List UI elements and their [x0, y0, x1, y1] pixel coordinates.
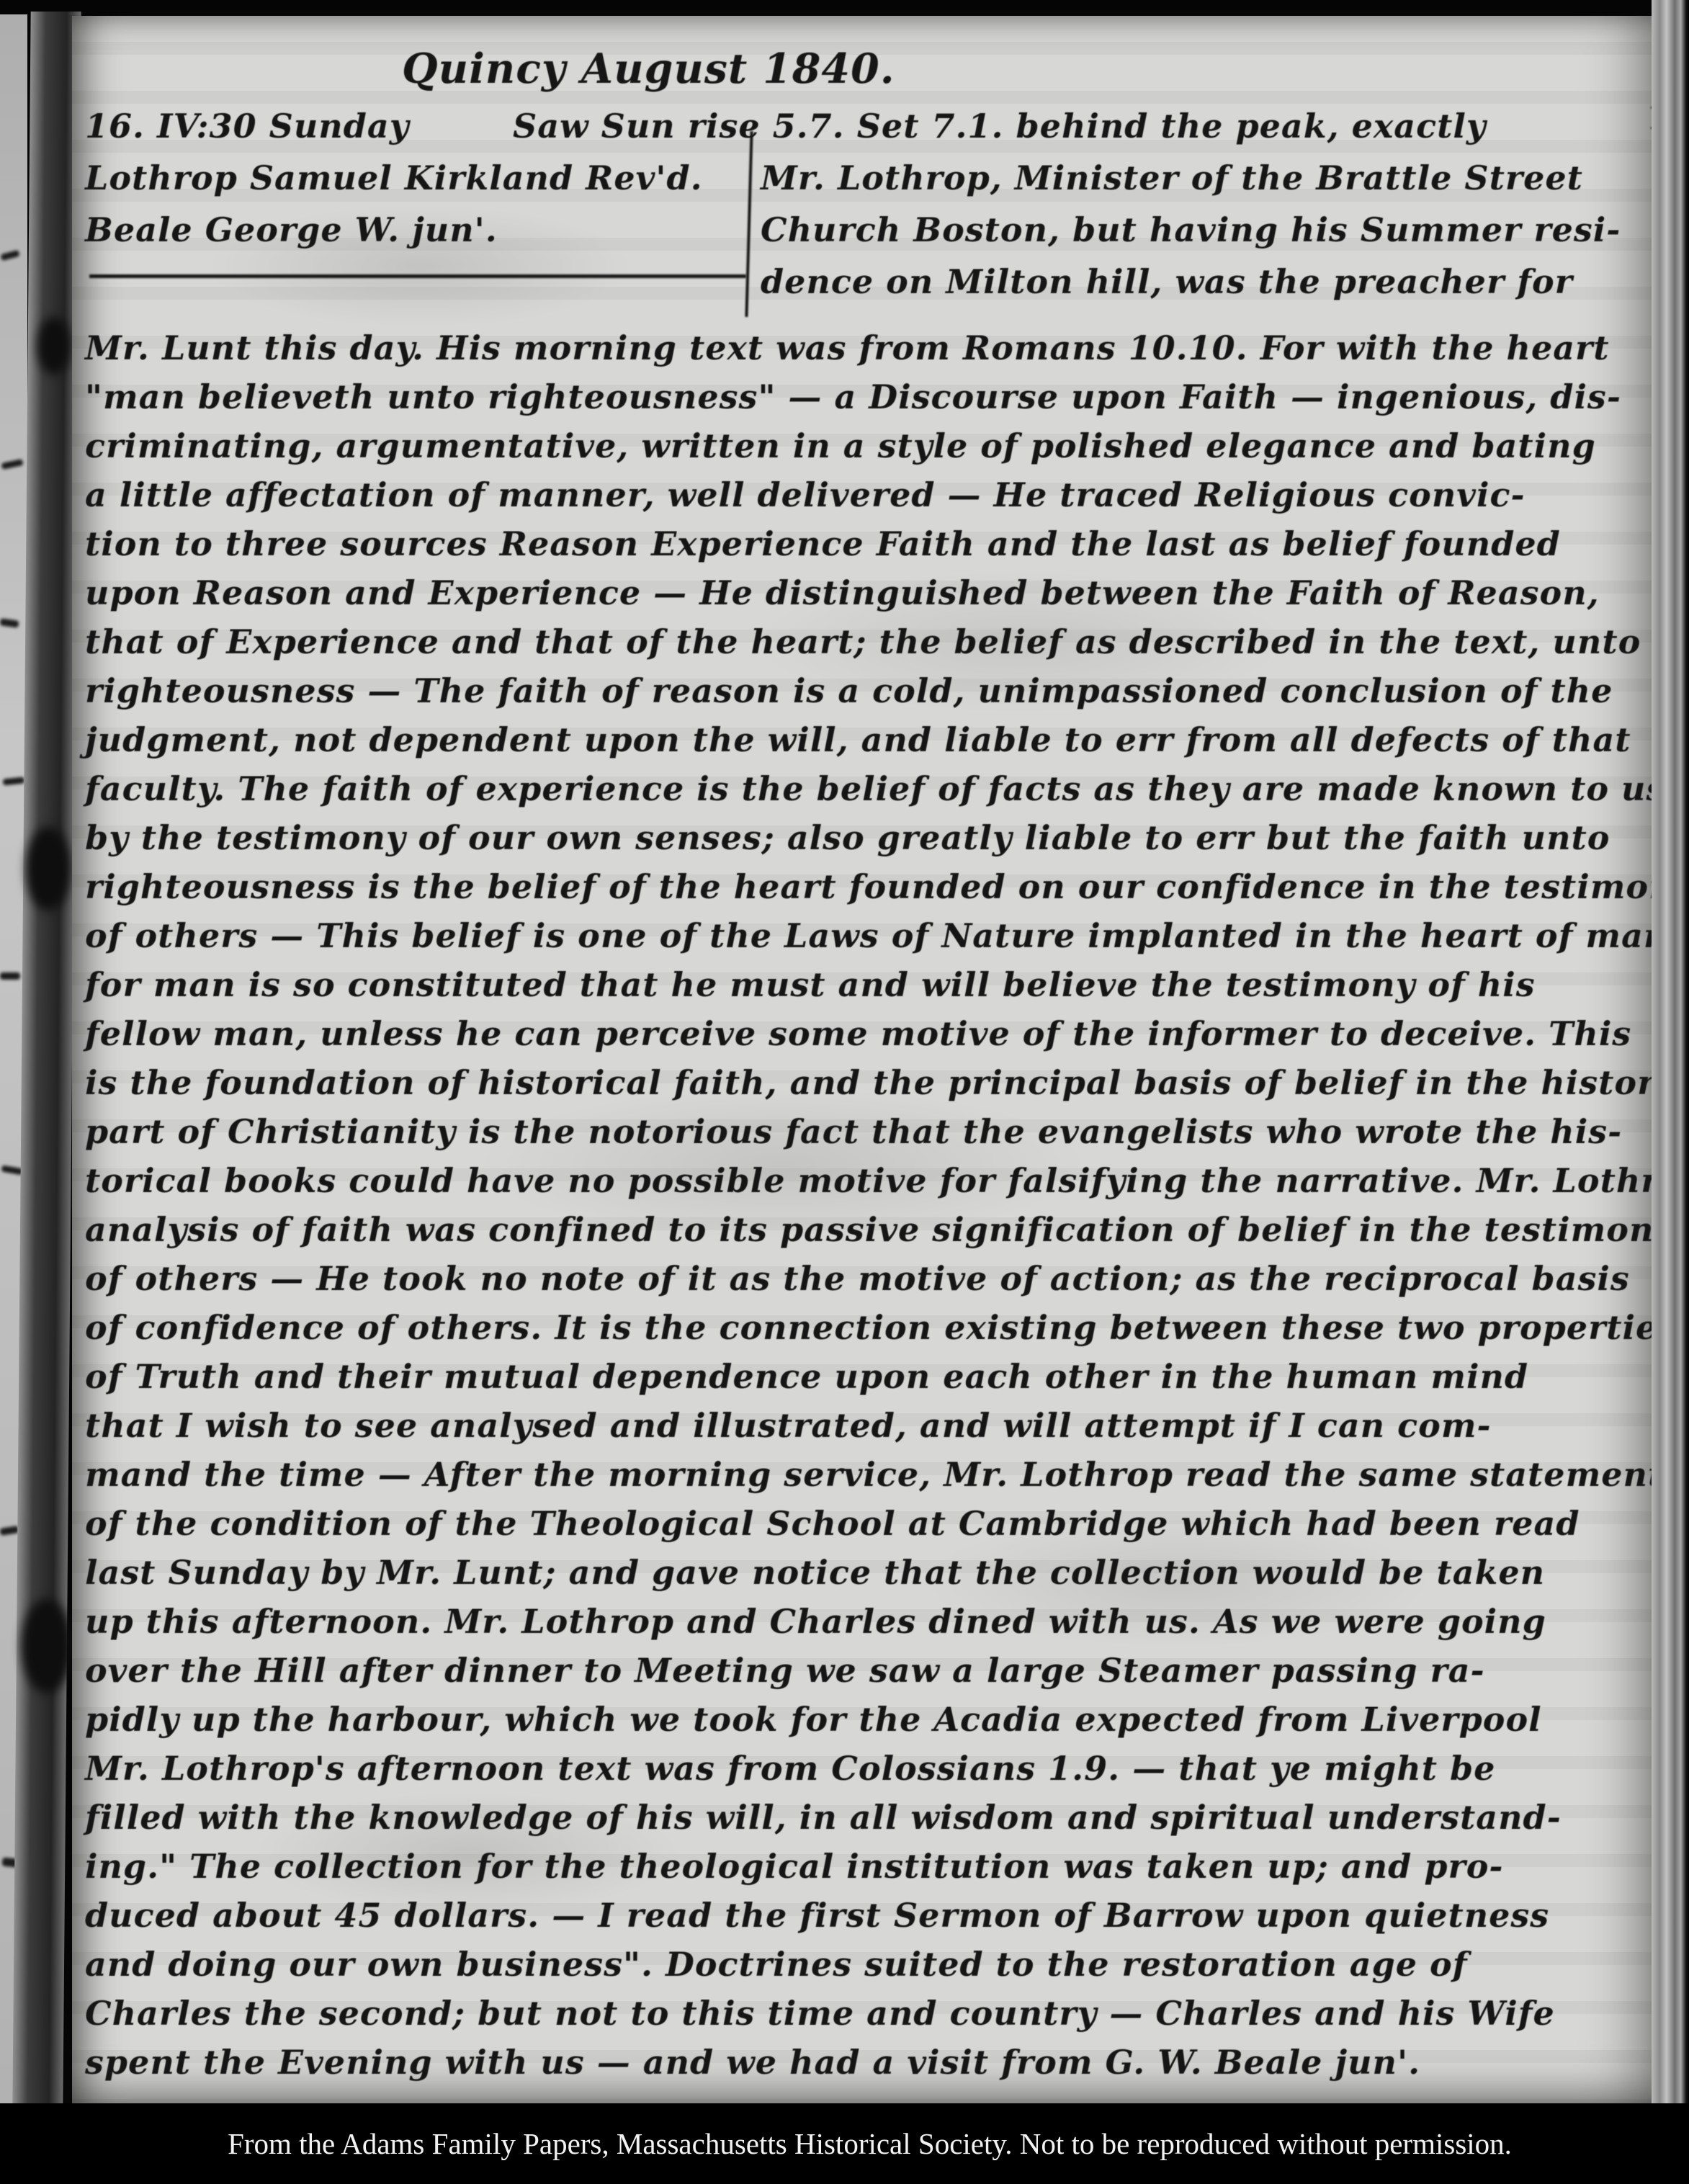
manuscript-line: last Sunday by Mr. Lunt; and gave notice… — [85, 1548, 1623, 1597]
manuscript-line: a little affectation of manner, well del… — [85, 470, 1623, 519]
manuscript-line: of others — This belief is one of the La… — [85, 911, 1623, 960]
stray-ink-mark — [0, 618, 19, 628]
manuscript-line: part of Christianity is the notorious fa… — [85, 1107, 1623, 1156]
manuscript-line: over the Hill after dinner to Meeting we… — [85, 1646, 1623, 1695]
manuscript-line: mand the time — After the morning servic… — [85, 1450, 1623, 1499]
margin-name: Lothrop Samuel Kirkland Rev'd. — [85, 152, 761, 204]
header-row-intro-3: dence on Milton hill, was the preacher f… — [85, 256, 1623, 308]
entry-date: 16. IV:30 Sunday — [85, 100, 513, 152]
header-row-sun: 16. IV:30 Sunday Saw Sun rise 5.7. Set 7… — [85, 100, 1623, 152]
manuscript-line: righteousness — The faith of reason is a… — [85, 666, 1623, 715]
manuscript-line: torical books could have no possible mot… — [85, 1156, 1623, 1205]
manuscript-line: duced about 45 dollars. — I read the fir… — [85, 1891, 1623, 1940]
intro-line: Church Boston, but having his Summer res… — [761, 204, 1623, 256]
margin-underline — [89, 274, 746, 278]
ink-blot — [22, 1599, 72, 1693]
sunrise-note: Saw Sun rise 5.7. Set 7.1. behind the pe… — [513, 100, 1623, 152]
header-row-name-1: Lothrop Samuel Kirkland Rev'd. Mr. Lothr… — [85, 152, 1623, 204]
manuscript-line: tion to three sources Reason Experience … — [85, 519, 1623, 568]
ink-blot — [26, 827, 71, 910]
manuscript-line: criminating, argumentative, written in a… — [85, 421, 1623, 470]
stray-ink-mark — [0, 250, 19, 261]
scan-canvas: Quincy August 1840. 16. IV:30 Sunday Saw… — [0, 0, 1689, 2184]
manuscript-body: Mr. Lunt this day. His morning text was … — [85, 323, 1623, 2087]
stray-ink-mark — [3, 777, 25, 785]
page-stack-edge — [1652, 0, 1689, 2141]
manuscript-line: of others — He took no note of it as the… — [85, 1254, 1623, 1303]
manuscript-line: faculty. The faith of experience is the … — [85, 764, 1623, 813]
manuscript-line: analysis of faith was confined to its pa… — [85, 1205, 1623, 1254]
intro-line: Mr. Lothrop, Minister of the Brattle Str… — [761, 152, 1623, 204]
footer-caption: From the Adams Family Papers, Massachuse… — [0, 2103, 1689, 2184]
entry-heading: Quincy August 1840. — [402, 45, 1623, 93]
manuscript-line: "man believeth unto righteousness" — a D… — [85, 372, 1623, 421]
manuscript-line: of confidence of others. It is the conne… — [85, 1303, 1623, 1352]
manuscript-line: filled with the knowledge of his will, i… — [85, 1793, 1623, 1842]
manuscript-line: pidly up the harbour, which we took for … — [85, 1695, 1623, 1744]
manuscript-line: is the foundation of historical faith, a… — [85, 1058, 1623, 1107]
manuscript-line: righteousness is the belief of the heart… — [85, 862, 1623, 911]
manuscript-line: Charles the second; but not to this time… — [85, 1989, 1623, 2038]
manuscript-line: and doing our own business". Doctrines s… — [85, 1940, 1623, 1989]
margin-underline-cell — [85, 256, 761, 278]
header-row-name-2: Beale George W. jun'. Church Boston, but… — [85, 204, 1623, 256]
manuscript-line: by the testimony of our own senses; also… — [85, 813, 1623, 862]
manuscript-line: ing." The collection for the theological… — [85, 1842, 1623, 1891]
manuscript-line: of the condition of the Theological Scho… — [85, 1499, 1623, 1548]
stray-ink-mark — [0, 1526, 19, 1536]
margin-name: Beale George W. jun'. — [85, 204, 761, 256]
manuscript-line: upon Reason and Experience — He distingu… — [85, 568, 1623, 617]
manuscript-line: that of Experience and that of the heart… — [85, 617, 1623, 666]
manuscript-line: Mr. Lunt this day. His morning text was … — [85, 323, 1623, 372]
manuscript-line: fellow man, unless he can perceive some … — [85, 1009, 1623, 1058]
stray-ink-mark — [0, 972, 20, 980]
manuscript-line: of Truth and their mutual dependence upo… — [85, 1352, 1623, 1401]
manuscript-line: up this afternoon. Mr. Lothrop and Charl… — [85, 1597, 1623, 1646]
manuscript-line: spent the Evening with us — and we had a… — [85, 2038, 1623, 2087]
manuscript-page: Quincy August 1840. 16. IV:30 Sunday Saw… — [72, 16, 1652, 2103]
manuscript-line: that I wish to see analysed and illustra… — [85, 1401, 1623, 1450]
stray-ink-mark — [1, 459, 23, 470]
ink-blot — [37, 317, 71, 375]
manuscript-line: Mr. Lothrop's afternoon text was from Co… — [85, 1744, 1623, 1793]
manuscript-line: judgment, not dependent upon the will, a… — [85, 715, 1623, 764]
intro-line: dence on Milton hill, was the preacher f… — [761, 256, 1623, 308]
manuscript-line: for man is so constituted that he must a… — [85, 960, 1623, 1009]
